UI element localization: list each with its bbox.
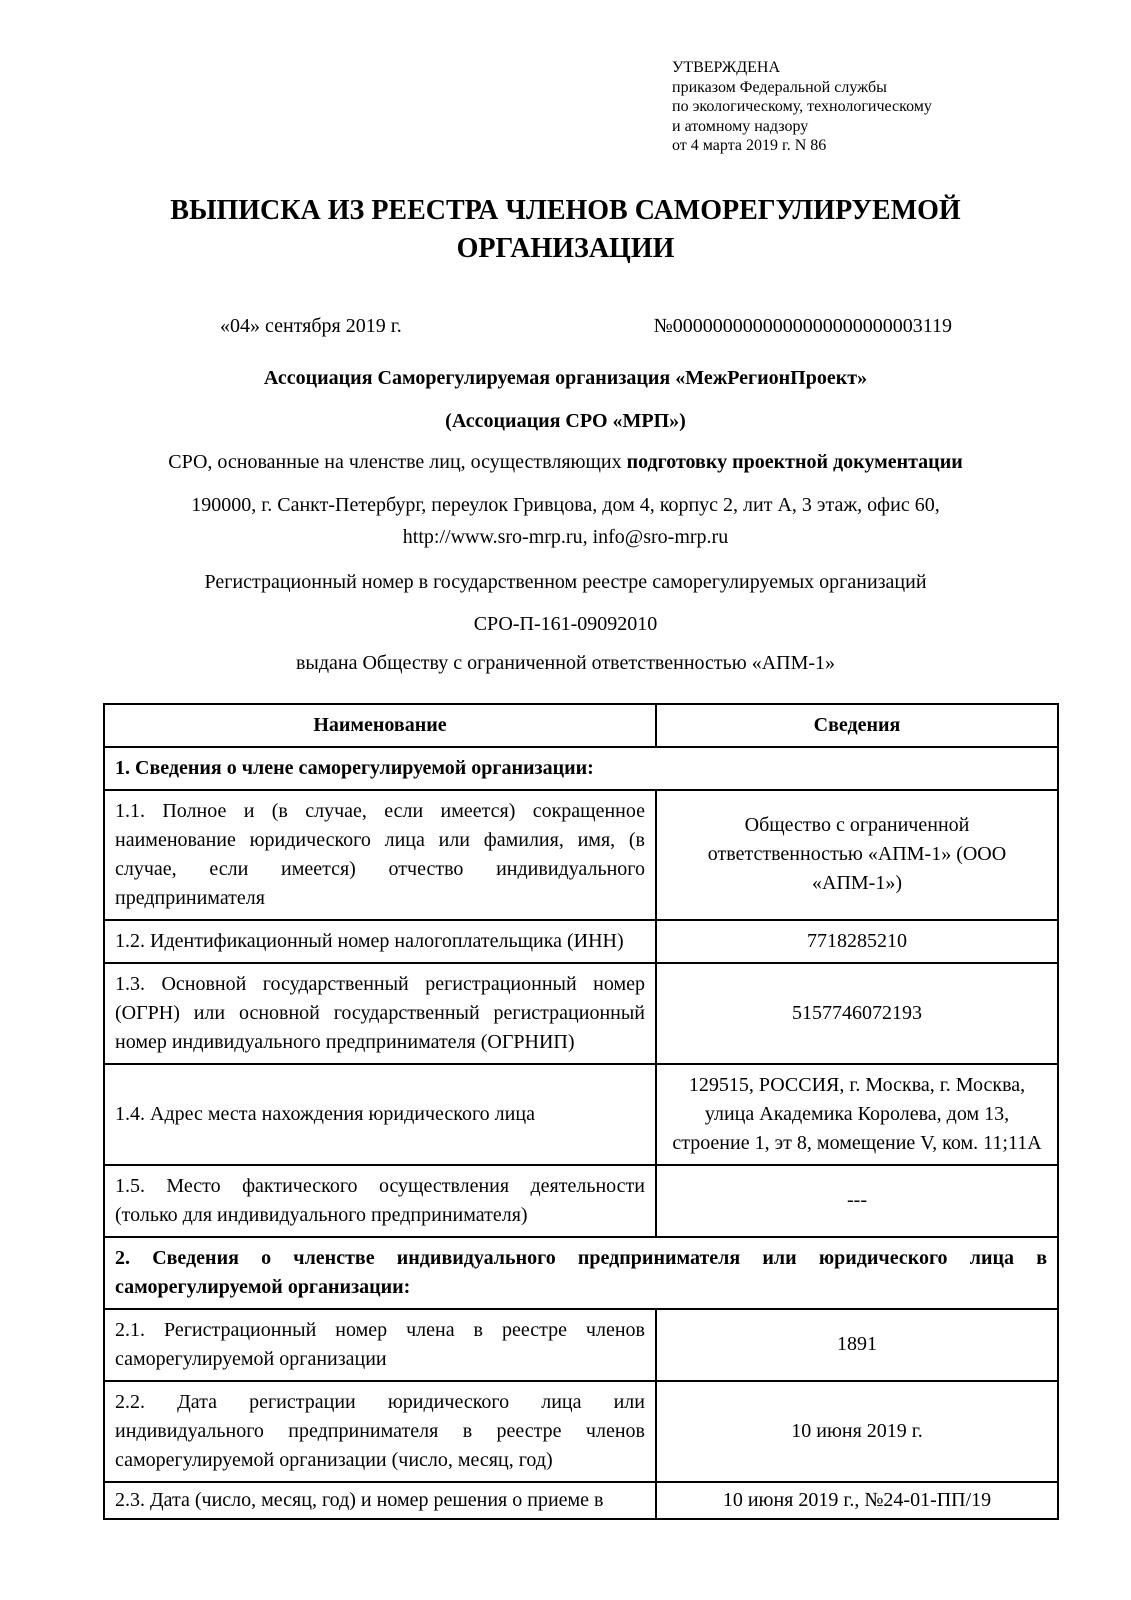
table-section-row: 1. Сведения о члене саморегулируемой орг… bbox=[104, 747, 1058, 790]
approval-line: от 4 марта 2019 г. N 86 bbox=[672, 136, 1002, 156]
table-row: 1.1. Полное и (в случае, если имеется) с… bbox=[104, 790, 1058, 920]
table-row: 1.4. Адрес места нахождения юридического… bbox=[104, 1064, 1058, 1165]
row-value: 10 июня 2019 г. bbox=[656, 1381, 1058, 1482]
document-page: УТВЕРЖДЕНА приказом Федеральной службы п… bbox=[0, 0, 1131, 1520]
row-name: 1.5. Место фактического осуществления де… bbox=[104, 1165, 656, 1237]
document-date: «04» сентября 2019 г. bbox=[220, 313, 402, 339]
table-row: 2.3. Дата (число, месяц, год) и номер ре… bbox=[104, 1482, 1058, 1519]
row-name: 1.4. Адрес места нахождения юридического… bbox=[104, 1064, 656, 1165]
state-register-label: Регистрационный номер в государственном … bbox=[105, 569, 1026, 595]
approval-block: УТВЕРЖДЕНА приказом Федеральной службы п… bbox=[672, 58, 1002, 156]
approval-line: и атомному надзору bbox=[672, 117, 1002, 137]
row-name: 2.1. Регистрационный номер члена в реест… bbox=[104, 1309, 656, 1381]
org-membership-basis-prefix: СРО, основанные на членстве лиц, осущест… bbox=[168, 451, 626, 473]
table-header-row: Наименование Сведения bbox=[104, 704, 1058, 747]
column-header-value: Сведения bbox=[656, 704, 1058, 747]
table-row: 1.3. Основной государственный регистраци… bbox=[104, 963, 1058, 1064]
row-name: 1.2. Идентификационный номер налогоплате… bbox=[104, 920, 656, 963]
row-value: 10 июня 2019 г., №24-01-ПП/19 bbox=[656, 1482, 1058, 1519]
issued-to: выдана Обществу с ограниченной ответстве… bbox=[105, 650, 1026, 676]
table-row: 2.2. Дата регистрации юридического лица … bbox=[104, 1381, 1058, 1482]
row-value: 5157746072193 bbox=[656, 963, 1058, 1064]
table-section-row: 2. Сведения о членстве индивидуального п… bbox=[104, 1237, 1058, 1309]
org-membership-basis-bold: подготовку проектной документации bbox=[627, 451, 963, 473]
row-value: --- bbox=[656, 1165, 1058, 1237]
table-row: 2.1. Регистрационный номер члена в реест… bbox=[104, 1309, 1058, 1381]
org-name: Ассоциация Саморегулируемая организация … bbox=[105, 365, 1026, 391]
org-address: 190000, г. Санкт-Петербург, переулок Гри… bbox=[105, 492, 1026, 518]
registry-table: Наименование Сведения 1. Сведения о член… bbox=[103, 703, 1059, 1520]
row-value: 129515, РОССИЯ, г. Москва, г. Москва, ул… bbox=[656, 1064, 1058, 1165]
row-name: 1.1. Полное и (в случае, если имеется) с… bbox=[104, 790, 656, 920]
meta-row: «04» сентября 2019 г. №00000000000000000… bbox=[103, 313, 1056, 339]
table-row: 1.5. Место фактического осуществления де… bbox=[104, 1165, 1058, 1237]
approval-line: УТВЕРЖДЕНА bbox=[672, 58, 1002, 78]
table-row: 1.2. Идентификационный номер налогоплате… bbox=[104, 920, 1058, 963]
row-value: 7718285210 bbox=[656, 920, 1058, 963]
row-name: 1.3. Основной государственный регистраци… bbox=[104, 963, 656, 1064]
state-register-number: СРО-П-161-09092010 bbox=[105, 611, 1026, 637]
column-header-name: Наименование bbox=[104, 704, 656, 747]
org-short-name: (Ассоциация СРО «МРП») bbox=[105, 408, 1026, 434]
org-contacts: http://www.sro-mrp.ru, info@sro-mrp.ru bbox=[105, 524, 1026, 550]
row-name: 2.2. Дата регистрации юридического лица … bbox=[104, 1381, 656, 1482]
approval-line: приказом Федеральной службы bbox=[672, 78, 1002, 98]
row-name: 2.3. Дата (число, месяц, год) и номер ре… bbox=[104, 1482, 656, 1519]
org-membership-basis: СРО, основанные на членстве лиц, осущест… bbox=[105, 449, 1026, 475]
document-number: №0000000000000000000000003119 bbox=[654, 313, 952, 339]
section-label: 1. Сведения о члене саморегулируемой орг… bbox=[104, 747, 1058, 790]
row-value: Общество с ограниченной ответственностью… bbox=[656, 790, 1058, 920]
document-title: ВЫПИСКА ИЗ РЕЕСТРА ЧЛЕНОВ САМОРЕГУЛИРУЕМ… bbox=[105, 192, 1026, 268]
section-label: 2. Сведения о членстве индивидуального п… bbox=[104, 1237, 1058, 1309]
approval-line: по экологическому, технологическому bbox=[672, 97, 1002, 117]
row-value: 1891 bbox=[656, 1309, 1058, 1381]
